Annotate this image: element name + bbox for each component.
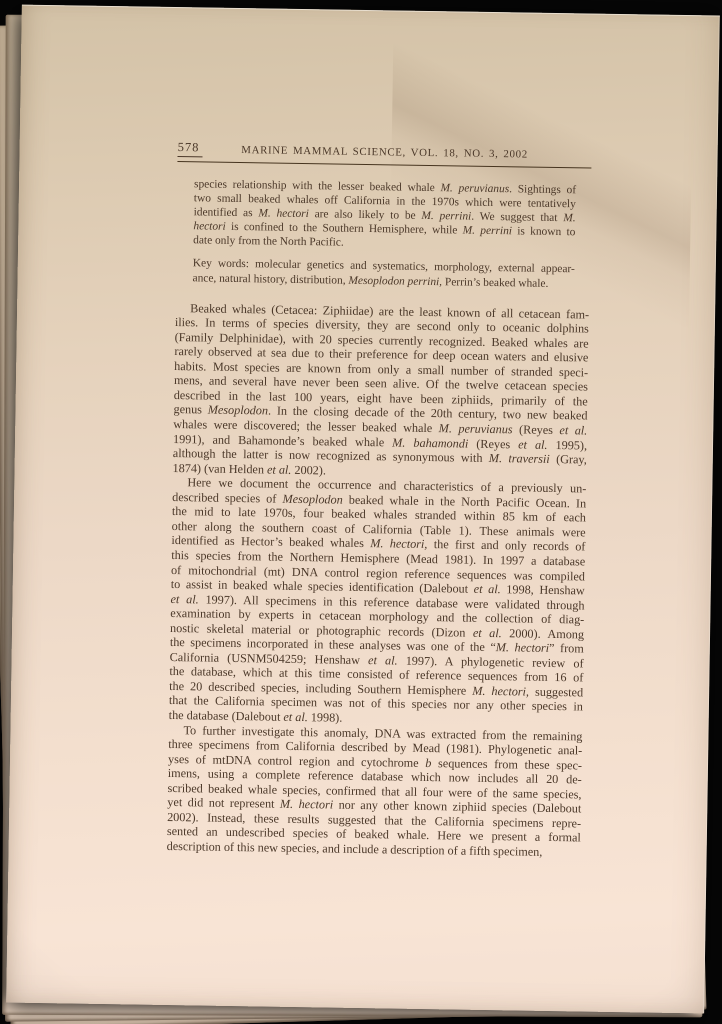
photo-scene: 578 MARINE MAMMAL SCIENCE, VOL. 18, NO. … <box>0 0 722 1024</box>
keywords-paragraph: Key words: molecular genetics and system… <box>192 257 574 291</box>
running-head: MARINE MAMMAL SCIENCE, VOL. 18, NO. 3, 2… <box>178 141 592 162</box>
journal-page: 578 MARINE MAMMAL SCIENCE, VOL. 18, NO. … <box>6 5 720 1014</box>
paragraph: Here we document the occurrence and char… <box>169 475 587 729</box>
paragraph: Beaked whales (Cetacea: Ziphiidae) are t… <box>173 301 590 482</box>
paragraph: To further investigate this anomaly, DNA… <box>167 722 583 859</box>
article-body: Beaked whales (Cetacea: Ziphiidae) are t… <box>167 301 590 860</box>
page-number: 578 <box>178 140 203 157</box>
abstract-continuation: species relationship with the lesser bea… <box>193 177 576 253</box>
page-content: 578 MARINE MAMMAL SCIENCE, VOL. 18, NO. … <box>167 141 592 860</box>
page-header: 578 MARINE MAMMAL SCIENCE, VOL. 18, NO. … <box>178 141 592 164</box>
